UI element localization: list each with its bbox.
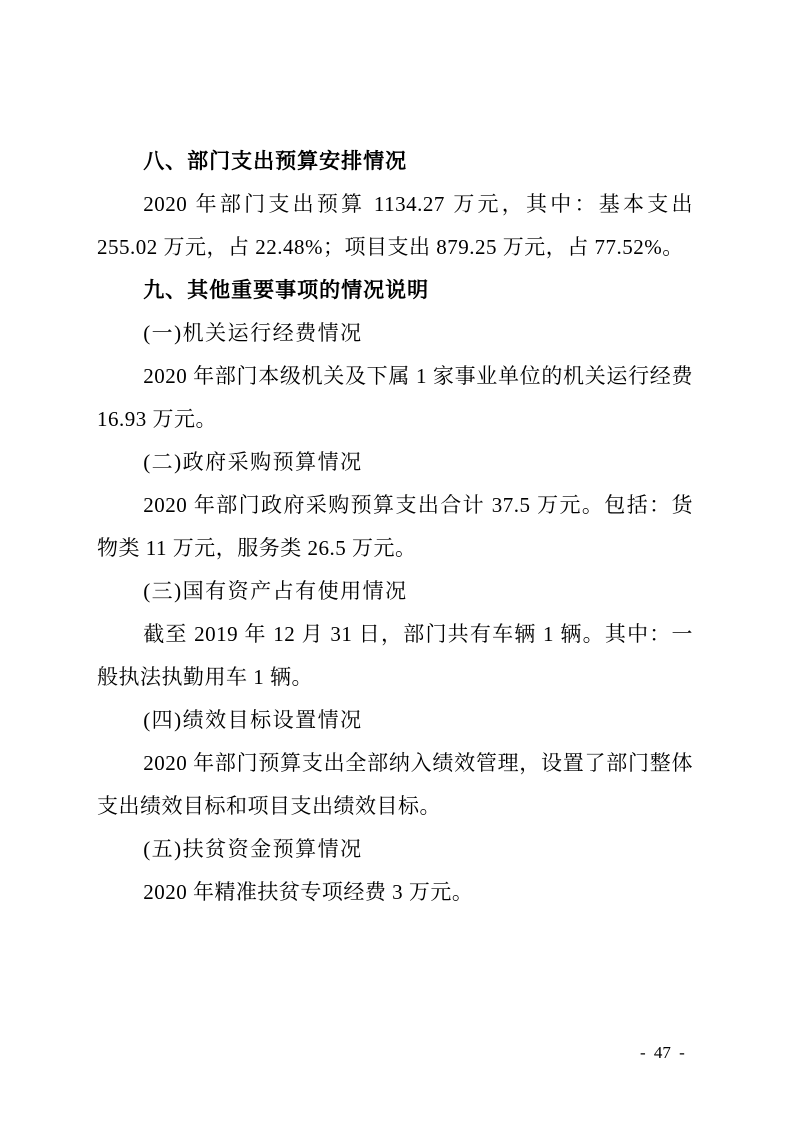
section-9-item-1-paragraph: 2020 年部门本级机关及下属 1 家事业单位的机关运行经费 16.93 万元。 xyxy=(97,355,693,441)
section-9-item-1-subheading: (一)机关运行经费情况 xyxy=(97,312,693,355)
section-9-item-3-subheading: (三)国有资产占有使用情况 xyxy=(97,570,693,613)
section-8-heading: 八、部门支出预算安排情况 xyxy=(97,140,693,183)
section-9-item-3-paragraph: 截至 2019 年 12 月 31 日，部门共有车辆 1 辆。其中：一般执法执勤… xyxy=(97,613,693,699)
section-9-item-4-paragraph: 2020 年部门预算支出全部纳入绩效管理，设置了部门整体支出绩效目标和项目支出绩… xyxy=(97,742,693,828)
page-footer: - 47 - xyxy=(0,1041,793,1065)
page-number: - 47 - xyxy=(640,1041,685,1065)
document-content: 八、部门支出预算安排情况 2020 年部门支出预算 1134.27 万元，其中：… xyxy=(97,140,693,914)
section-9-item-2-paragraph: 2020 年部门政府采购预算支出合计 37.5 万元。包括：货物类 11 万元，… xyxy=(97,484,693,570)
section-8-paragraph: 2020 年部门支出预算 1134.27 万元，其中：基本支出 255.02 万… xyxy=(97,183,693,269)
section-9-item-4-subheading: (四)绩效目标设置情况 xyxy=(97,699,693,742)
section-9-item-5-paragraph: 2020 年精准扶贫专项经费 3 万元。 xyxy=(97,871,693,914)
document-page: 八、部门支出预算安排情况 2020 年部门支出预算 1134.27 万元，其中：… xyxy=(0,0,793,1122)
section-9-heading: 九、其他重要事项的情况说明 xyxy=(97,269,693,312)
section-9-item-2-subheading: (二)政府采购预算情况 xyxy=(97,441,693,484)
section-9-item-5-subheading: (五)扶贫资金预算情况 xyxy=(97,828,693,871)
